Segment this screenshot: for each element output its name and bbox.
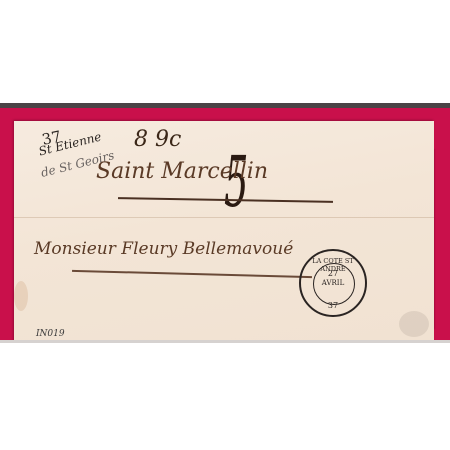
postmark-department: 37: [313, 301, 353, 310]
address-recipient: Monsieur Fleury Bellemavoué: [34, 239, 293, 259]
underline-recipient: [72, 270, 312, 278]
postmark-day: 27: [313, 269, 353, 278]
top-border-strip: [0, 103, 450, 108]
paper-stain: [14, 281, 28, 311]
letter-photo: 37 St Etienne de St Geoirs 8 9c 5 Saint …: [0, 103, 450, 343]
letter-paper: 37 St Etienne de St Geoirs 8 9c 5 Saint …: [14, 121, 434, 343]
postmark-month: AVRIL: [313, 279, 353, 287]
paper-stain: [399, 311, 429, 337]
pencil-note: IN019: [36, 329, 65, 339]
rate-manuscript: 8 9c: [134, 127, 181, 152]
bottom-border-strip: [0, 340, 450, 343]
address-town: Saint Marcellin: [96, 159, 268, 184]
postmark-cds: LA COTE ST ANDRE 27 AVRIL 37: [299, 249, 367, 317]
